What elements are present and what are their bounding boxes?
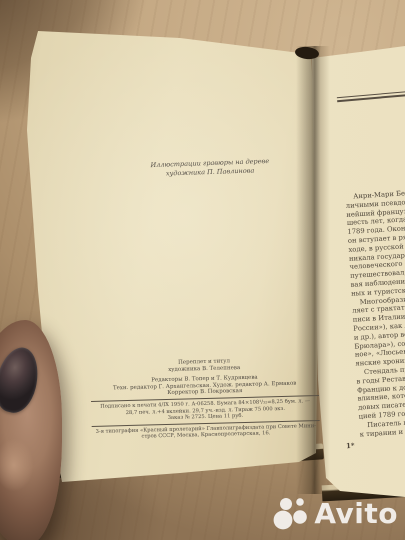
signature-mark: 1*: [346, 441, 355, 450]
thumb-highlight: [0, 430, 40, 500]
avito-brand-text: Avito: [314, 497, 398, 530]
photo-of-open-book: Иллюстрации гравюры на дереве художника …: [0, 0, 405, 540]
thumb-fingernail: [0, 343, 44, 416]
avito-logo-icon: [273, 495, 309, 531]
avito-watermark: Avito: [273, 495, 398, 531]
thumb: [0, 320, 62, 540]
imprint-block: Переплет и титул художника В. Телепнева …: [83, 356, 327, 442]
